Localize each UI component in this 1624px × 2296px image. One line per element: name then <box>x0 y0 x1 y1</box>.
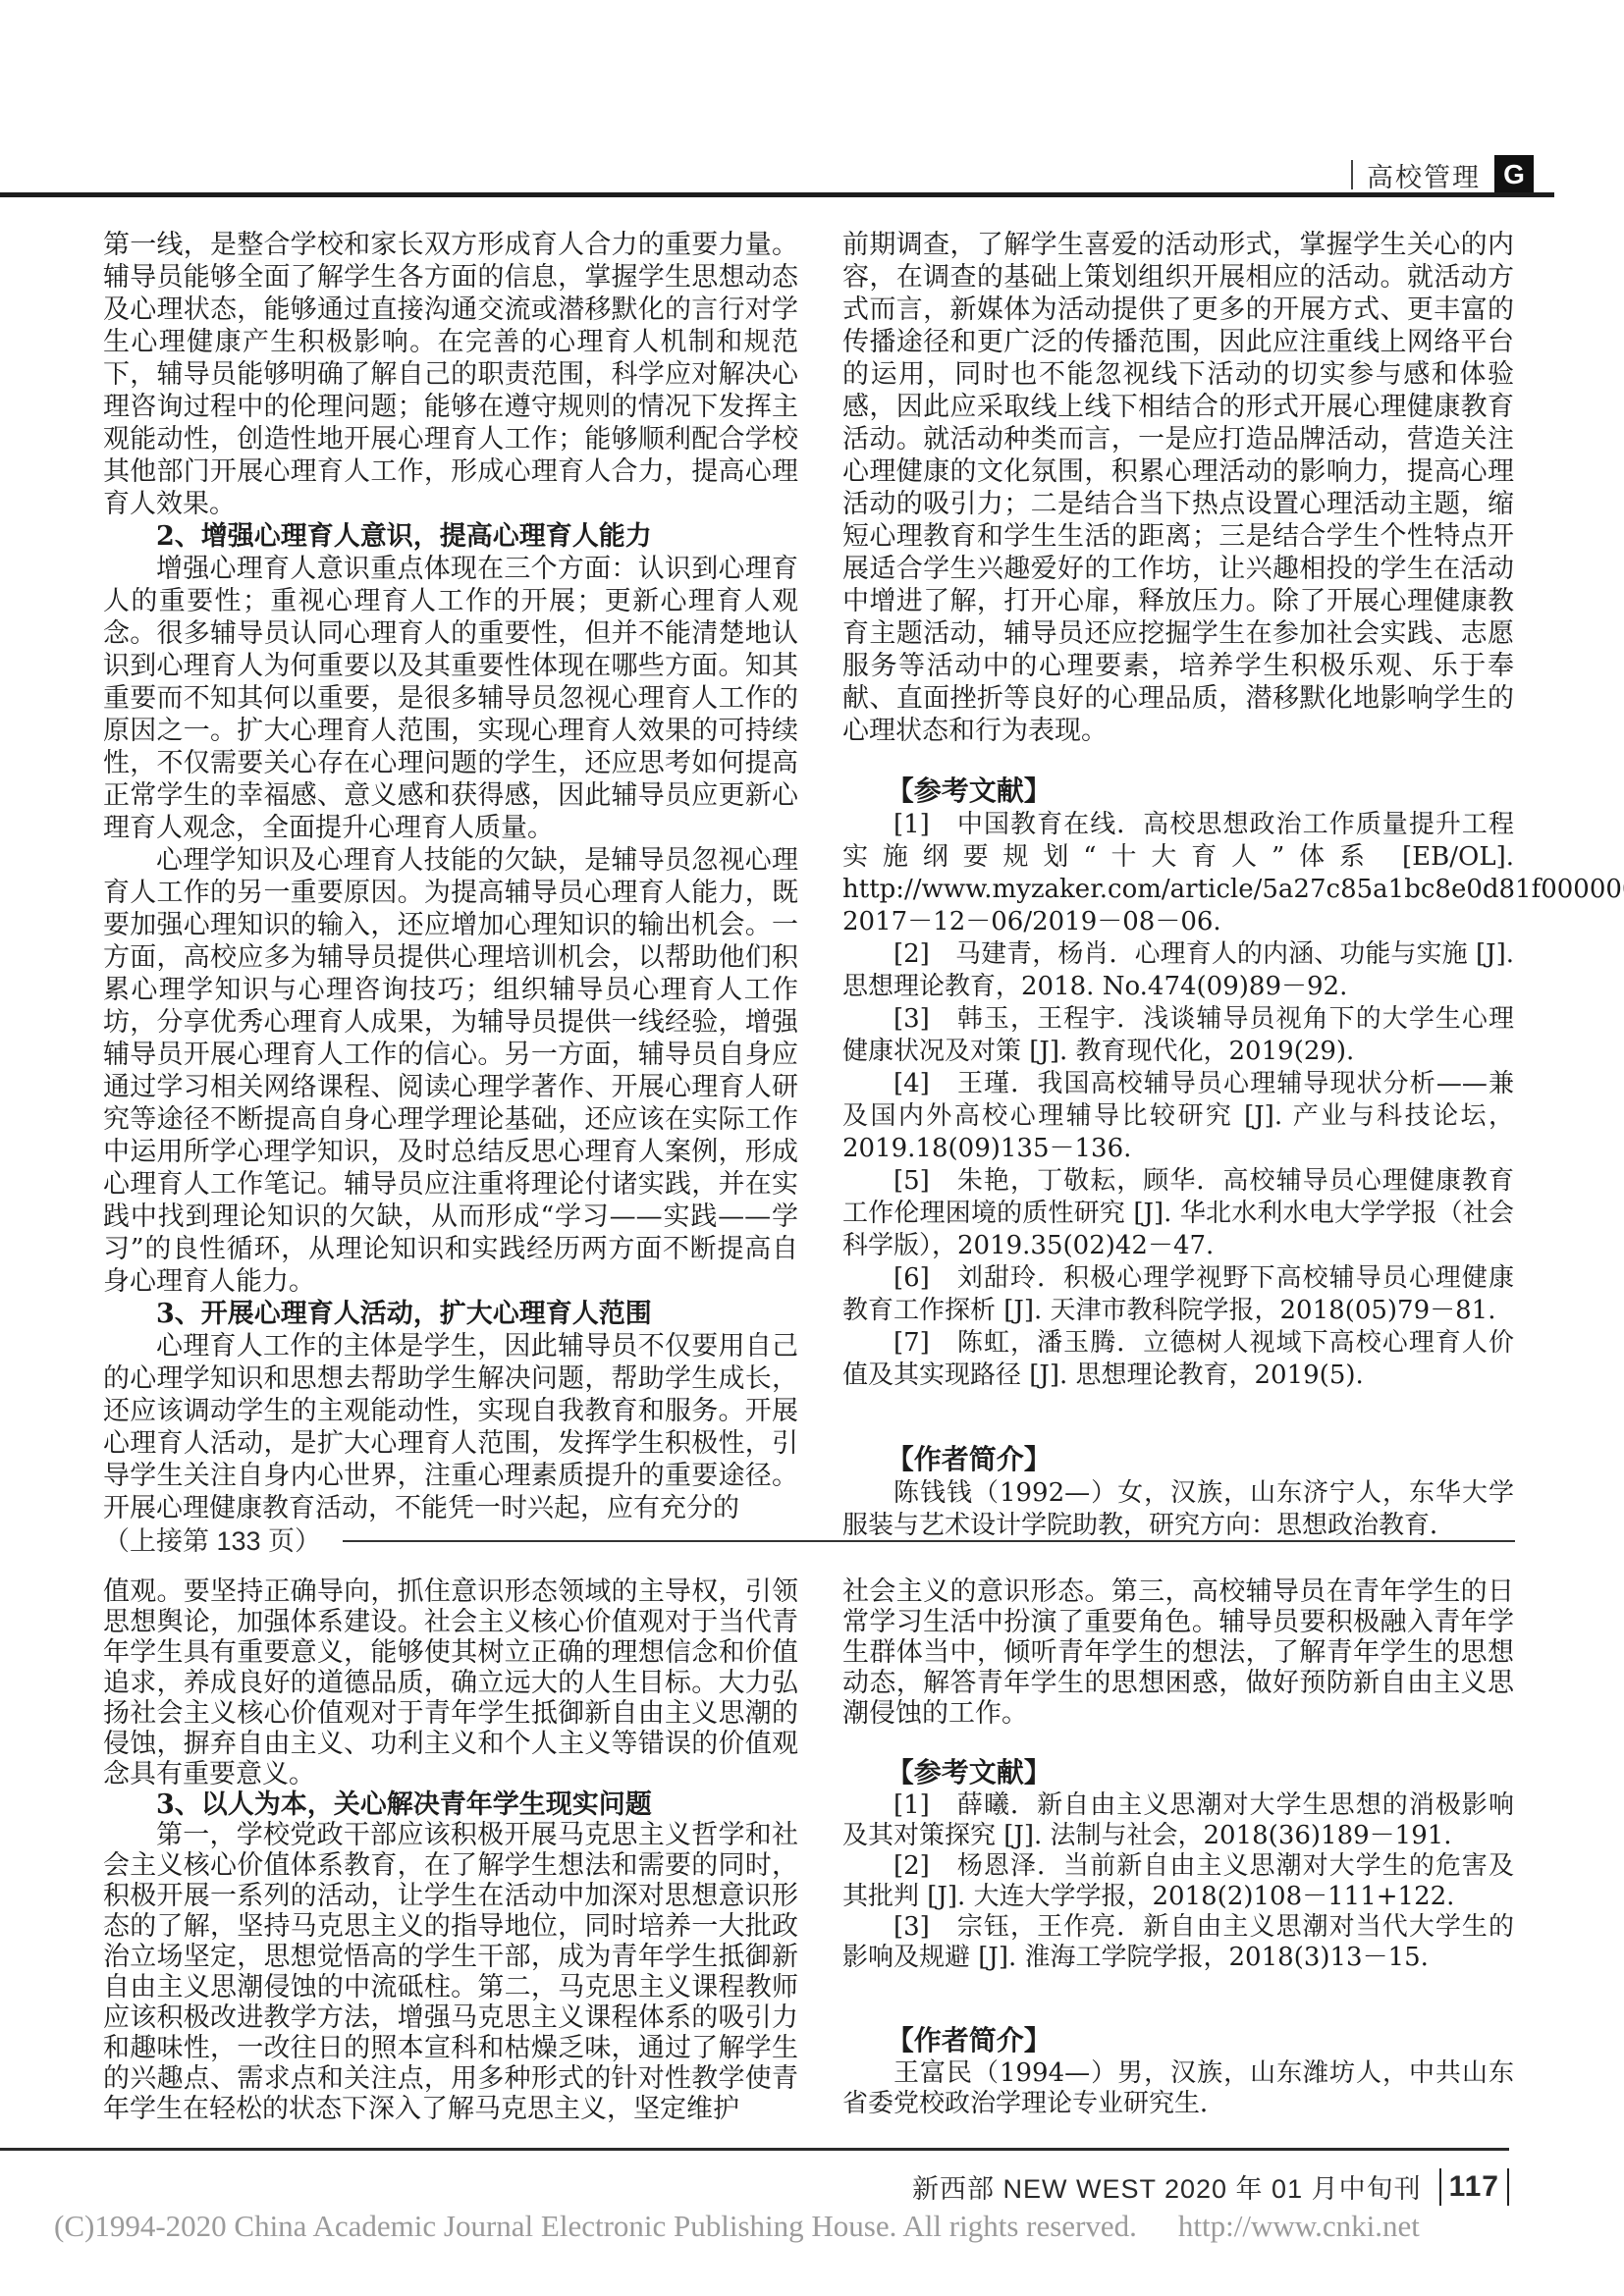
paragraph: 社会主义的意识形态。第三，高校辅导员在青年学生的日常学习生活中扮演了重要角色。辅… <box>842 1576 1514 1729</box>
paragraph: 第一线，是整合学校和家长双方形成育人合力的重要力量。辅导员能够全面了解学生各方面… <box>103 229 798 520</box>
reference-item: [3] 韩玉，王程宇．浅谈辅导员视角下的大学生心理健康状况及对策 [J]. 教育… <box>842 1003 1514 1068</box>
reference-item: [3] 宗钰，王作亮．新自由主义思潮对当代大学生的影响及规避 [J]. 淮海工学… <box>842 1912 1514 1973</box>
footer-journal-line: 新西部 NEW WEST 2020 年 01 月中旬刊 117 <box>912 2167 1509 2206</box>
paragraph: 增强心理育人意识重点体现在三个方面：认识到心理育人的重要性；重视心理育人工作的开… <box>103 553 798 844</box>
reference-item: [2] 马建青，杨肖．心理育人的内涵、功能与实施 [J]. 思想理论教育，201… <box>842 938 1514 1003</box>
cnki-url: http://www.cnki.net <box>1178 2209 1420 2243</box>
reference-item: [2] 杨恩泽．当前新自由主义思潮对大学生的危害及其批判 [J]. 大连大学学报… <box>842 1851 1514 1912</box>
paragraph: 值观。要坚持正确导向，抓住意识形态领域的主导权，引领思想舆论，加强体系建设。社会… <box>103 1576 798 1789</box>
section-label: 高校管理 <box>1367 156 1481 194</box>
section-heading: 3、以人为本，关心解决青年学生现实问题 <box>103 1789 798 1820</box>
top-left-column: 第一线，是整合学校和家长双方形成育人合力的重要力量。辅导员能够全面了解学生各方面… <box>103 229 798 1524</box>
section-heading: 2、增强心理育人意识，提高心理育人能力 <box>103 520 798 553</box>
reference-item: [1] 薛曦．新自由主义思潮对大学生思想的消极影响及其对策探究 [J]. 法制与… <box>842 1790 1514 1851</box>
continuation-separator: （上接第 133 页） <box>103 1520 1515 1558</box>
journal-info: 新西部 NEW WEST 2020 年 01 月中旬刊 <box>912 2167 1422 2206</box>
references-heading: 【参考文献】 <box>842 1756 1514 1789</box>
paragraph: 心理育人工作的主体是学生，因此辅导员不仅要用自己的心理学知识和思想去帮助学生解决… <box>103 1330 798 1524</box>
paragraph: 第一，学校党政干部应该积极开展马克思主义哲学和社会主义核心价值体系教育，在了解学… <box>103 1820 798 2124</box>
top-right-column: 前期调查，了解学生喜爱的活动形式，掌握学生关心的内容，在调查的基础上策划组织开展… <box>842 229 1514 1542</box>
reference-item: [1] 中国教育在线．高校思想政治工作质量提升工程实施纲要规划“十大育人”体系 … <box>842 809 1514 938</box>
page-header: 高校管理 G <box>1351 155 1534 194</box>
paragraph: 心理学知识及心理育人技能的欠缺，是辅导员忽视心理育人工作的另一重要原因。为提高辅… <box>103 844 798 1298</box>
reference-item: [4] 王瑾．我国高校辅导员心理辅导现状分析——兼及国内外高校心理辅导比较研究 … <box>842 1068 1514 1165</box>
reference-item: [5] 朱艳，丁敬耘，顾华．高校辅导员心理健康教育工作伦理困境的质性研究 [J]… <box>842 1165 1514 1262</box>
bottom-left-column: 值观。要坚持正确导向，抓住意识形态领域的主导权，引领思想舆论，加强体系建设。社会… <box>103 1576 798 2124</box>
reference-item: [7] 陈虹，潘玉腾．立德树人视域下高校心理育人价值及其实现路径 [J]. 思想… <box>842 1327 1514 1392</box>
header-rule <box>0 192 1554 197</box>
header-divider-bar <box>1351 160 1353 189</box>
author-heading: 【作者简介】 <box>842 2024 1514 2056</box>
journal-page: 高校管理 G 第一线，是整合学校和家长双方形成育人合力的重要力量。辅导员能够全面… <box>0 0 1624 2296</box>
paragraph: 前期调查，了解学生喜爱的活动形式，掌握学生关心的内容，在调查的基础上策划组织开展… <box>842 229 1514 747</box>
reference-item: [6] 刘甜玲．积极心理学视野下高校辅导员心理健康教育工作探析 [J]. 天津市… <box>842 1262 1514 1327</box>
bottom-right-column: 社会主义的意识形态。第三，高校辅导员在青年学生的日常学习生活中扮演了重要角色。辅… <box>842 1576 1514 2119</box>
continuation-note: （上接第 133 页） <box>103 1520 321 1558</box>
copyright-text: (C)1994-2020 China Academic Journal Elec… <box>54 2209 1137 2243</box>
separator-line <box>343 1540 1515 1542</box>
footer-rule <box>0 2148 1509 2151</box>
author-heading: 【作者简介】 <box>842 1443 1514 1475</box>
author-bio: 王富民（1994—）男，汉族，山东潍坊人，中共山东省委党校政治学理论专业研究生． <box>842 2058 1514 2119</box>
references-heading: 【参考文献】 <box>842 774 1514 807</box>
page-number: 117 <box>1439 2168 1509 2206</box>
section-heading: 3、开展心理育人活动，扩大心理育人范围 <box>103 1298 798 1330</box>
section-letter-badge: G <box>1494 155 1534 194</box>
copyright-line: (C)1994-2020 China Academic Journal Elec… <box>54 2209 1420 2244</box>
